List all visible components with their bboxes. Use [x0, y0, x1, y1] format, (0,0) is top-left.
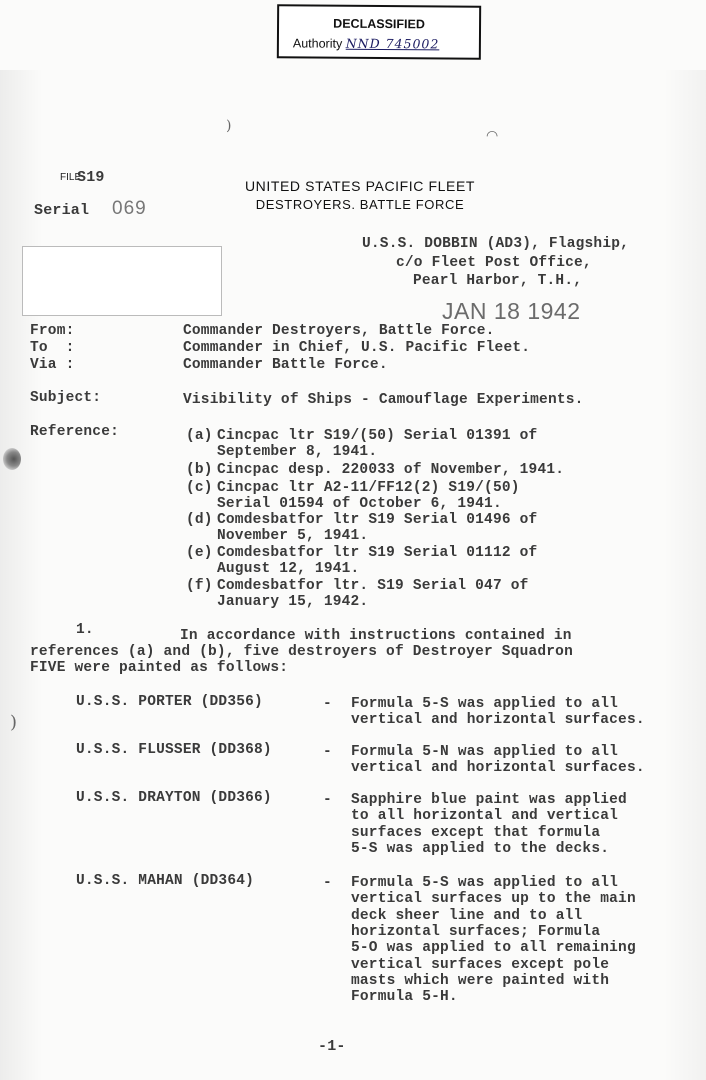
reference-line: November 5, 1941.: [217, 528, 368, 544]
reference-line: Serial 01594 of October 6, 1941.: [217, 496, 502, 512]
punch-hole: [3, 448, 21, 470]
ship-description-line: 5-O was applied to all remaining: [351, 940, 636, 956]
reference-key: (f): [186, 578, 213, 594]
stray-mark: ◠: [486, 128, 498, 144]
ship-description-line: vertical surfaces except pole: [351, 957, 609, 973]
ship-description-line: vertical and horizontal surfaces.: [351, 760, 645, 776]
ship-description-line: vertical and horizontal surfaces.: [351, 712, 645, 728]
ship-dash: -: [323, 744, 332, 760]
reference-line: August 12, 1941.: [217, 561, 359, 577]
blank-box: [22, 246, 222, 316]
ship-name: U.S.S. MAHAN (DD364): [76, 873, 254, 889]
stamp-authority-label: Authority: [293, 36, 342, 50]
stamp-title: DECLASSIFIED: [279, 16, 479, 31]
letterhead: UNITED STATES PACIFIC FLEET DESTROYERS. …: [230, 178, 490, 212]
ship-description-line: vertical surfaces up to the main: [351, 891, 636, 907]
address-line: U.S.S. DOBBIN (AD3), Flagship,: [362, 236, 629, 252]
reference-line: Comdesbatfor ltr S19 Serial 01112 of: [217, 545, 537, 561]
ship-description-line: Formula 5-N was applied to all: [351, 744, 618, 760]
ship-description-line: horizontal surfaces; Formula: [351, 924, 600, 940]
reference-line: Cincpac ltr A2-11/FF12(2) S19/(50): [217, 480, 520, 496]
ship-description-line: surfaces except that formula: [351, 825, 600, 841]
subject-value: Visibility of Ships - Camouflage Experim…: [183, 392, 584, 408]
stamp-authority-value: NND 745002: [346, 36, 440, 52]
reference-key: (b): [186, 462, 213, 478]
reference-key: (d): [186, 512, 213, 528]
ship-dash: -: [323, 875, 332, 891]
ship-name: U.S.S. DRAYTON (DD366): [76, 790, 272, 806]
from-value: Commander Destroyers, Battle Force.: [183, 323, 495, 339]
address-line: c/o Fleet Post Office,: [396, 255, 592, 271]
serial-number: 069: [112, 198, 147, 220]
serial-label: Serial: [34, 202, 89, 219]
reference-line: Cincpac ltr S19/(50) Serial 01391 of: [217, 428, 537, 444]
reference-key: (e): [186, 545, 213, 561]
reference-line: Comdesbatfor ltr. S19 Serial 047 of: [217, 578, 529, 594]
ship-description-line: Formula 5-S was applied to all: [351, 875, 618, 891]
via-label: Via :: [30, 357, 75, 373]
reference-line: Comdesbatfor ltr S19 Serial 01496 of: [217, 512, 537, 528]
reference-label: Reference:: [30, 424, 119, 440]
paragraph-line: references (a) and (b), five destroyers …: [30, 644, 573, 660]
from-label: From:: [30, 323, 75, 339]
ship-dash: -: [323, 792, 332, 808]
ship-name: U.S.S. FLUSSER (DD368): [76, 742, 272, 758]
subject-label: Subject:: [30, 390, 101, 406]
ship-description-line: Formula 5-S was applied to all: [351, 696, 618, 712]
stamp-authority: Authority NND 745002: [293, 35, 440, 51]
ship-name: U.S.S. PORTER (DD356): [76, 694, 263, 710]
ship-description-line: 5-S was applied to the decks.: [351, 841, 609, 857]
ship-description-line: Sapphire blue paint was applied: [351, 792, 627, 808]
ship-description-line: Formula 5-H.: [351, 989, 458, 1005]
to-value: Commander in Chief, U.S. Pacific Fleet.: [183, 340, 530, 356]
file-number: S19: [77, 169, 105, 186]
ship-description-line: masts which were painted with: [351, 973, 609, 989]
stray-mark: ): [10, 712, 17, 733]
stray-mark: ): [226, 118, 231, 134]
reference-line: September 8, 1941.: [217, 444, 377, 460]
paragraph-line: In accordance with instructions containe…: [180, 628, 572, 644]
ship-description-line: to all horizontal and vertical: [351, 808, 618, 824]
reference-key: (a): [186, 428, 213, 444]
letterhead-line1: UNITED STATES PACIFIC FLEET: [230, 178, 490, 194]
reference-line: January 15, 1942.: [217, 594, 368, 610]
paragraph-line: FIVE were painted as follows:: [30, 660, 288, 676]
via-value: Commander Battle Force.: [183, 357, 388, 373]
reference-key: (c): [186, 480, 213, 496]
ship-description-line: deck sheer line and to all: [351, 908, 582, 924]
address-line: Pearl Harbor, T.H.,: [413, 273, 582, 289]
ship-dash: -: [323, 696, 332, 712]
letterhead-line2: DESTROYERS. BATTLE FORCE: [230, 197, 490, 212]
page-number: -1-: [318, 1038, 346, 1055]
paragraph-number: 1.: [76, 622, 94, 638]
date-stamp: JAN 18 1942: [442, 298, 580, 325]
reference-line: Cincpac desp. 220033 of November, 1941.: [217, 462, 564, 478]
to-label: To :: [30, 340, 75, 356]
declassified-stamp: DECLASSIFIED Authority NND 745002: [277, 4, 481, 59]
